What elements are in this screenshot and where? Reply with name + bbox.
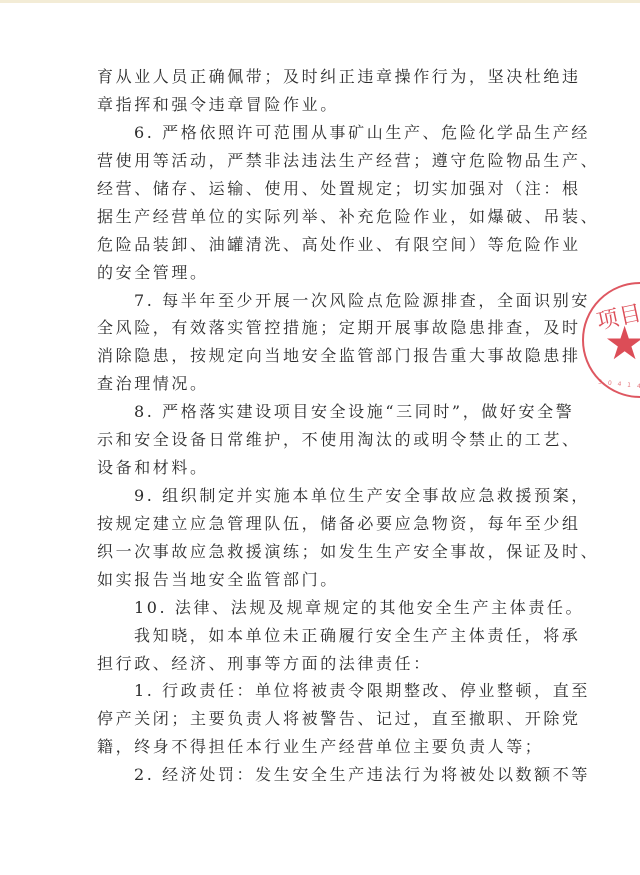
official-seal: 项目管 ★ 3 0 4 1 4 5 1 (582, 282, 640, 398)
text-line: 8. 严格落实建设项目安全设施“三同时”，做好安全警 (134, 398, 594, 426)
text-line: 设备和材料。 (97, 454, 557, 482)
text-line: 如实报告当地安全监管部门。 (97, 566, 557, 594)
text-line: 危险品装卸、油罐清洗、高处作业、有限空间）等危险作业 (97, 231, 557, 259)
text-line: 籍，终身不得担任本行业生产经营单位主要负责人等； (97, 733, 557, 761)
text-line: 担行政、经济、刑事等方面的法律责任： (97, 650, 557, 678)
text-line: 全风险，有效落实管控措施；定期开展事故隐患排查，及时 (97, 314, 557, 342)
text-line: 的安全管理。 (97, 259, 557, 287)
text-line: 织一次事故应急救援演练；如发生生产安全事故，保证及时、 (97, 538, 557, 566)
text-line: 10. 法律、法规及规章规定的其他安全生产主体责任。 (134, 594, 594, 622)
text-line: 按规定建立应急管理队伍，储备必要应急物资，每年至少组 (97, 510, 557, 538)
text-line: 1. 行政责任：单位将被责令限期整改、停业整顿，直至 (134, 677, 594, 705)
text-line: 营使用等活动，严禁非法违法生产经营；遵守危险物品生产、 (97, 147, 557, 175)
text-line: 2. 经济处罚：发生安全生产违法行为将被处以数额不等 (134, 761, 594, 789)
text-line: 示和安全设备日常维护，不使用淘汰的或明令禁止的工艺、 (97, 426, 557, 454)
official-seal-clip: 项目管 ★ 3 0 4 1 4 5 1 (560, 270, 640, 420)
text-line: 消除隐患，按规定向当地安全监管部门报告重大事故隐患排 (97, 342, 557, 370)
text-line: 6. 严格依照许可范围从事矿山生产、危险化学品生产经 (134, 119, 594, 147)
text-line: 经营、储存、运输、使用、处置规定；切实加强对（注：根 (97, 175, 557, 203)
text-line: 我知晓，如本单位未正确履行安全生产主体责任，将承 (134, 622, 594, 650)
text-line: 查治理情况。 (97, 370, 557, 398)
seal-code: 3 0 4 1 4 5 1 (598, 379, 640, 393)
text-line: 章指挥和强令违章冒险作业。 (97, 91, 557, 119)
document-page: 育从业人员正确佩带；及时纠正违章操作行为，坚决杜绝违 章指挥和强令违章冒险作业。… (0, 0, 640, 875)
text-line: 7. 每半年至少开展一次风险点危险源排查，全面识别安 (134, 287, 594, 315)
text-line: 9. 组织制定并实施本单位生产安全事故应急救援预案， (134, 482, 594, 510)
star-icon: ★ (604, 320, 640, 366)
text-line: 停产关闭；主要负责人将被警告、记过，直至撤职、开除党 (97, 705, 557, 733)
text-line: 育从业人员正确佩带；及时纠正违章操作行为，坚决杜绝违 (97, 63, 557, 91)
text-line: 据生产经营单位的实际列举、补充危险作业，如爆破、吊装、 (97, 203, 557, 231)
